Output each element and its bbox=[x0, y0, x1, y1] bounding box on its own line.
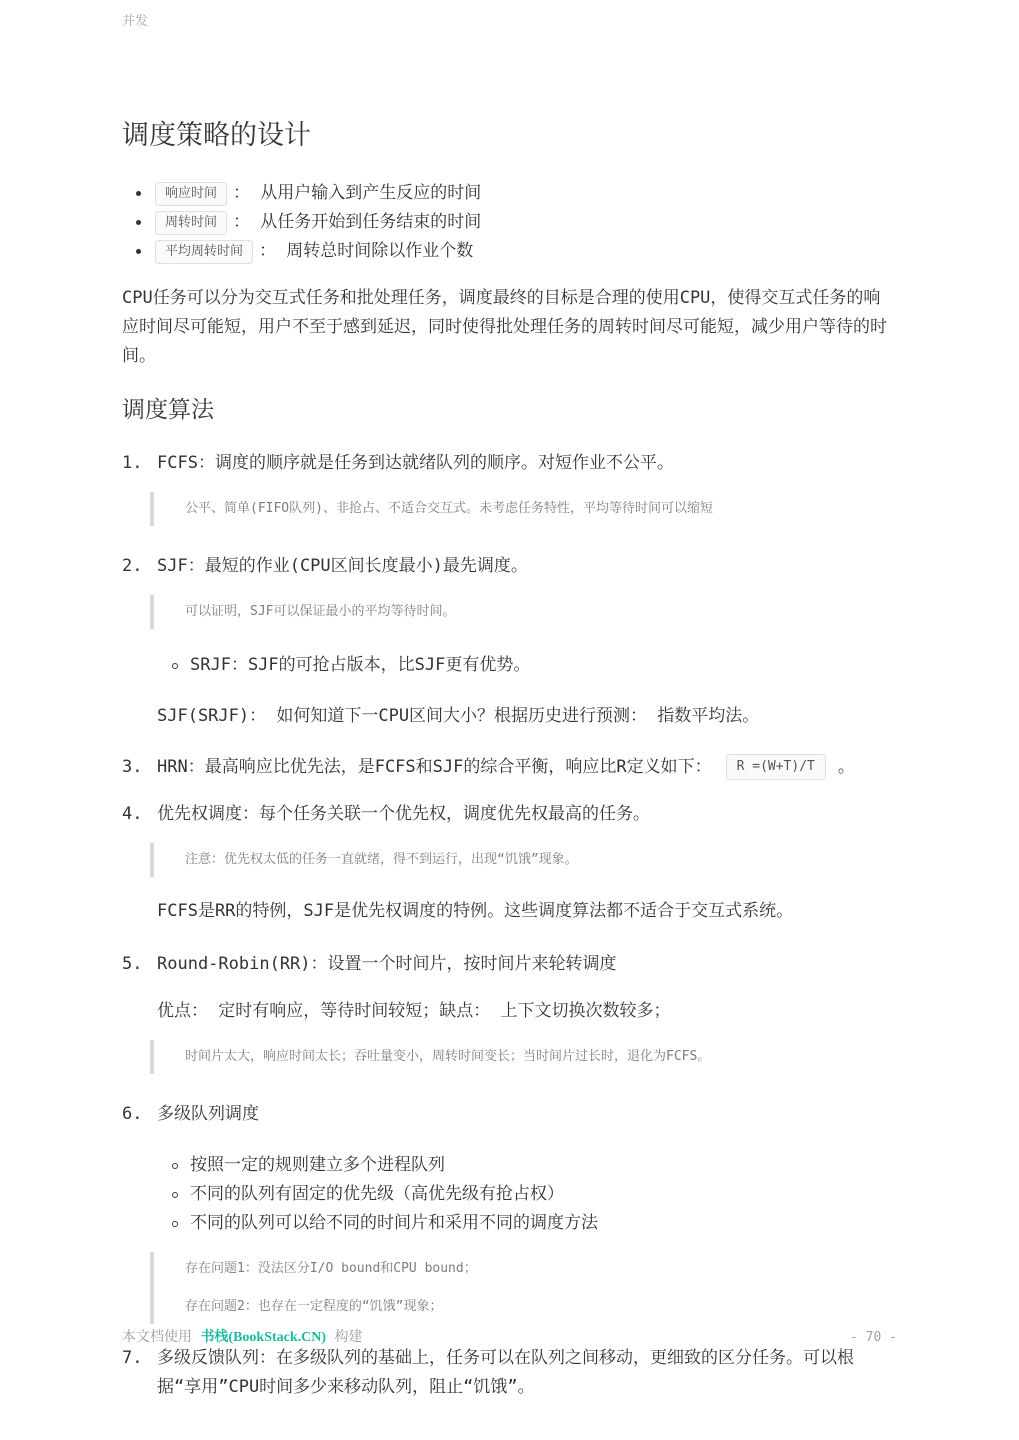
term-description: ： 从任务开始到任务结束的时间 bbox=[233, 208, 481, 237]
sub-item-text: 不同的队列可以给不同的时间片和采用不同的调度方法 bbox=[190, 1209, 598, 1238]
list-item-multilevel-queue: 6. 多级队列调度 按照一定的规则建立多个进程队列 不同的队列有固定的优先级（高… bbox=[122, 1100, 897, 1324]
list-item: 不同的队列可以给不同的时间片和采用不同的调度方法 bbox=[157, 1209, 897, 1238]
sub-item-text: 按照一定的规则建立多个进程队列 bbox=[190, 1151, 445, 1180]
quote-text: 时间片太大，响应时间太长；吞吐量变小，周转时间变长；当时间片过长时，退化为FCF… bbox=[185, 1046, 897, 1068]
inline-code-badge: 响应时间 bbox=[155, 182, 227, 206]
inline-code-badge: 平均周转时间 bbox=[155, 240, 253, 264]
list-item-priority: 4. 优先权调度：每个任务关联一个优先权，调度优先权最高的任务。 注意：优先权太… bbox=[122, 800, 897, 926]
section-title: 调度算法 bbox=[122, 395, 897, 425]
page-number: - 70 - bbox=[850, 1330, 897, 1345]
item-text: Round-Robin(RR)：设置一个时间片，按时间片来轮转调度 bbox=[157, 950, 897, 979]
list-item: SRJF：SJF的可抢占版本，比SJF更有优势。 bbox=[157, 651, 897, 680]
sub-item-text: 不同的队列有固定的优先级（高优先级有抢占权） bbox=[190, 1180, 564, 1209]
item-text: 优先权调度：每个任务关联一个优先权，调度优先权最高的任务。 bbox=[157, 800, 897, 829]
item-paragraph: FCFS是RR的特例，SJF是优先权调度的特例。这些调度算法都不适合于交互式系统… bbox=[157, 897, 897, 926]
list-item-hrn: 3. HRN：最高响应比优先法，是FCFS和SJF的综合平衡，响应比R定义如下：… bbox=[122, 753, 897, 782]
blockquote: 存在问题1：没法区分I/O bound和CPU bound； 存在问题2：也存在… bbox=[150, 1252, 897, 1324]
sub-list: 按照一定的规则建立多个进程队列 不同的队列有固定的优先级（高优先级有抢占权） 不… bbox=[157, 1151, 897, 1238]
bullet-icon bbox=[136, 191, 141, 196]
item-text: 多级反馈队列：在多级队列的基础上，任务可以在队列之间移动，更细致的区分任务。可以… bbox=[157, 1344, 897, 1402]
list-item: 不同的队列有固定的优先级（高优先级有抢占权） bbox=[157, 1180, 897, 1209]
bookstack-link[interactable]: 书栈(BookStack.CN) bbox=[200, 1330, 326, 1345]
bullet-icon bbox=[136, 249, 141, 254]
blockquote: 注意：优先权太低的任务一直就绪，得不到运行，出现“饥饿”现象。 bbox=[150, 843, 897, 877]
list-item: 平均周转时间 ： 周转总时间除以作业个数 bbox=[122, 237, 897, 266]
algorithm-ordered-list: 1. FCFS：调度的顺序就是任务到达就绪队列的顺序。对短作业不公平。 公平、简… bbox=[122, 449, 897, 1402]
term-description: ： 从用户输入到产生反应的时间 bbox=[233, 179, 481, 208]
footer-text-prefix: 本文档使用 bbox=[122, 1329, 200, 1345]
hollow-bullet-icon bbox=[172, 1221, 178, 1227]
page-title: 调度策略的设计 bbox=[122, 118, 897, 153]
list-number: 3. bbox=[122, 753, 157, 782]
item-paragraph: 优点： 定时有响应，等待时间较短；缺点： 上下文切换次数较多； bbox=[157, 997, 897, 1026]
footer-text-suffix: 构建 bbox=[326, 1329, 362, 1345]
list-number: 7. bbox=[122, 1344, 157, 1402]
hollow-bullet-icon bbox=[172, 1192, 178, 1198]
item-text-after: 。 bbox=[838, 757, 855, 777]
quote-text: 可以证明，SJF可以保证最小的平均等待时间。 bbox=[185, 601, 897, 623]
inline-code-badge: 周转时间 bbox=[155, 211, 227, 235]
quote-text: 公平、简单(FIFO队列)、非抢占、不适合交互式。未考虑任务特性，平均等待时间可… bbox=[185, 498, 897, 520]
blockquote: 时间片太大，响应时间太长；吞吐量变小，周转时间变长；当时间片过长时，退化为FCF… bbox=[150, 1040, 897, 1074]
list-item: 周转时间 ： 从任务开始到任务结束的时间 bbox=[122, 208, 897, 237]
list-item-fcfs: 1. FCFS：调度的顺序就是任务到达就绪队列的顺序。对短作业不公平。 公平、简… bbox=[122, 449, 897, 526]
sub-list: SRJF：SJF的可抢占版本，比SJF更有优势。 bbox=[157, 651, 897, 680]
page-footer: 本文档使用 书栈(BookStack.CN) 构建 - 70 - bbox=[122, 1326, 897, 1346]
list-item: 按照一定的规则建立多个进程队列 bbox=[157, 1151, 897, 1180]
list-number: 2. bbox=[122, 552, 157, 731]
intro-paragraph: CPU任务可以分为交互式任务和批处理任务，调度最终的目标是合理的使用CPU，使得… bbox=[122, 284, 897, 371]
list-item: 响应时间 ： 从用户输入到产生反应的时间 bbox=[122, 179, 897, 208]
list-item-sjf: 2. SJF：最短的作业(CPU区间长度最小)最先调度。 可以证明，SJF可以保… bbox=[122, 552, 897, 731]
list-item-multilevel-feedback-queue: 7. 多级反馈队列：在多级队列的基础上，任务可以在队列之间移动，更细致的区分任务… bbox=[122, 1344, 897, 1402]
blockquote: 可以证明，SJF可以保证最小的平均等待时间。 bbox=[150, 595, 897, 629]
item-text: HRN：最高响应比优先法，是FCFS和SJF的综合平衡，响应比R定义如下：R =… bbox=[157, 753, 897, 782]
hollow-bullet-icon bbox=[172, 1163, 178, 1169]
quote-text: 注意：优先权太低的任务一直就绪，得不到运行，出现“饥饿”现象。 bbox=[185, 849, 897, 871]
inline-code-formula: R =(W+T)/T bbox=[726, 754, 826, 780]
term-description: ： 周转总时间除以作业个数 bbox=[259, 237, 473, 266]
item-paragraph: SJF(SRJF)： 如何知道下一CPU区间大小？根据历史进行预测： 指数平均法… bbox=[157, 702, 897, 731]
blockquote: 公平、简单(FIFO队列)、非抢占、不适合交互式。未考虑任务特性，平均等待时间可… bbox=[150, 492, 897, 526]
document-page: 并发 调度策略的设计 响应时间 ： 从用户输入到产生反应的时间 周转时间 ： 从… bbox=[0, 0, 1019, 1402]
list-item-round-robin: 5. Round-Robin(RR)：设置一个时间片，按时间片来轮转调度 优点：… bbox=[122, 950, 897, 1074]
term-list: 响应时间 ： 从用户输入到产生反应的时间 周转时间 ： 从任务开始到任务结束的时… bbox=[122, 179, 897, 266]
sub-item-text: SRJF：SJF的可抢占版本，比SJF更有优势。 bbox=[190, 651, 530, 680]
running-header-chapter: 并发 bbox=[122, 0, 897, 32]
bullet-icon bbox=[136, 220, 141, 225]
quote-text: 存在问题2：也存在一定程度的“饥饿”现象； bbox=[185, 1296, 897, 1318]
item-text: 多级队列调度 bbox=[157, 1100, 897, 1129]
item-text: SJF：最短的作业(CPU区间长度最小)最先调度。 bbox=[157, 552, 897, 581]
footer-built-with: 本文档使用 书栈(BookStack.CN) 构建 bbox=[122, 1326, 363, 1346]
item-text: FCFS：调度的顺序就是任务到达就绪队列的顺序。对短作业不公平。 bbox=[157, 449, 897, 478]
hollow-bullet-icon bbox=[172, 663, 178, 669]
item-text-before: HRN：最高响应比优先法，是FCFS和SJF的综合平衡，响应比R定义如下： bbox=[157, 757, 712, 777]
quote-text: 存在问题1：没法区分I/O bound和CPU bound； bbox=[185, 1258, 897, 1280]
